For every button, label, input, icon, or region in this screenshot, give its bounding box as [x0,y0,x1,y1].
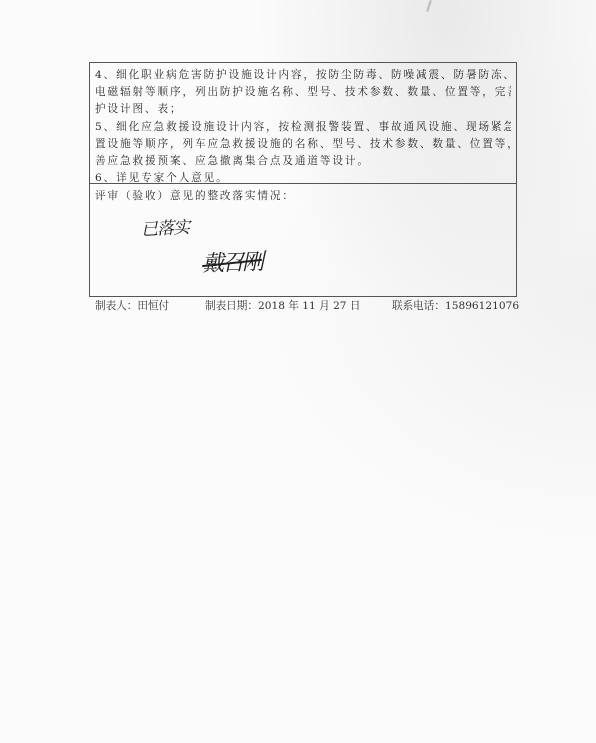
item-5-line-1: 5、细化应急救援设施设计内容，按检测报警装置、事故通风设施、现场紧急处 [95,119,511,136]
item-5-line-3: 善应急救援预案、应急撤离集合点及通道等设计。 [95,153,511,170]
item-4-line-1: 4、细化职业病危害防护设施设计内容，按防尘防毒、防噪减震、防暑防冻、防 [95,67,511,84]
review-form-table: 4、细化职业病危害防护设施设计内容，按防尘防毒、防噪减震、防暑防冻、防 电磁辐射… [89,62,517,297]
rectification-section: 评审（验收）意见的整改落实情况： 已落实 戴召刚 [90,184,516,296]
item-4-line-3: 护设计图、表； [95,101,511,118]
preparer: 制表人：田恒付 [95,299,169,313]
contact-phone: 联系电话：15896121076 [392,299,519,313]
item-4-line-2: 电磁辐射等顺序，列出防护设施名称、型号、技术参数、数量、位置等，完善防 [95,84,511,101]
item-5-line-2: 置设施等顺序，列车应急救援设施的名称、型号、技术参数、数量、位置等，完 [95,136,511,153]
prepared-date: 制表日期：2018 年 11 月 27 日 [205,299,361,313]
rectification-label: 评审（验收）意见的整改落实情况： [95,188,511,205]
review-opinions-section: 4、细化职业病危害防护设施设计内容，按防尘防毒、防噪减震、防暑防冻、防 电磁辐射… [90,63,516,184]
stray-pen-mark [426,0,432,12]
handwritten-note: 已落实 [140,213,189,240]
